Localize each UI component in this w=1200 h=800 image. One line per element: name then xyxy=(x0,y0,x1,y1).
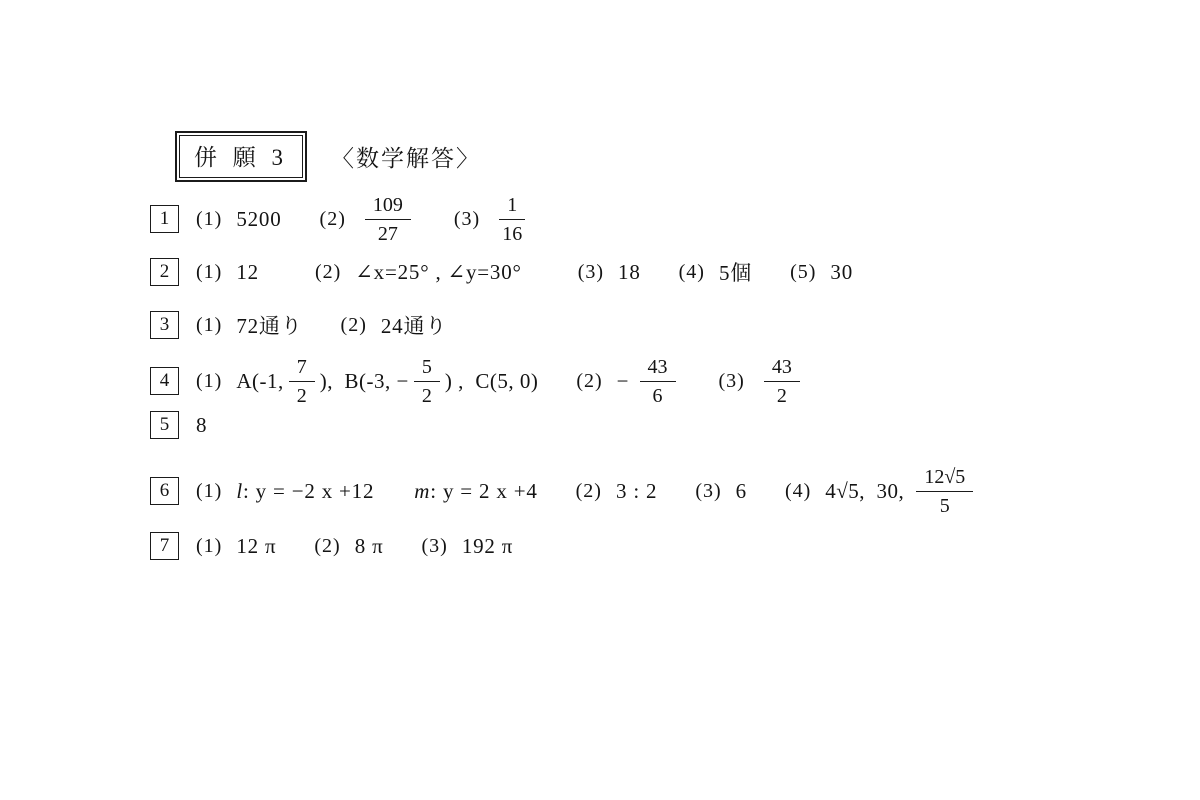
answer-label: (3) xyxy=(695,480,721,503)
answer-group: (1) 12 xyxy=(196,260,259,285)
coordinate-segment: ), B(-3, − xyxy=(320,369,409,394)
line-name-l: l xyxy=(236,479,243,504)
answer-group-coordinates: (1) A(-1, 7 2 ), B(-3, − 5 2 ) , C(5, 0) xyxy=(196,357,538,406)
fraction: 43 6 xyxy=(640,357,676,406)
answer-group: (3) 192 π xyxy=(421,534,513,559)
answer-label: (2) xyxy=(341,314,367,337)
fraction-denominator: 2 xyxy=(422,382,432,406)
fraction-denominator: 2 xyxy=(297,382,307,406)
answer-value: 12 π xyxy=(236,534,276,559)
problem-row-7: 7 (1) 12 π (2) 8 π (3) 192 π xyxy=(150,527,513,565)
answer-group: (2) 3 : 2 xyxy=(576,479,658,504)
fraction-numerator: 109 xyxy=(365,195,411,220)
answer-label: (3) xyxy=(421,535,447,558)
answer-group: (3) 6 xyxy=(695,479,747,504)
answer-group: 8 xyxy=(196,413,207,438)
answer-label: (1) xyxy=(196,480,222,503)
fraction-denominator: 27 xyxy=(378,220,398,244)
answer-group-line-equations: (1) l : y = −2 x +12 m : y = 2 x +4 xyxy=(196,479,538,504)
answer-value: 30 xyxy=(830,260,853,285)
exam-title: 併 願 3 xyxy=(179,135,303,178)
fraction-numerator: 43 xyxy=(764,357,800,382)
fraction-numerator: 12√5 xyxy=(916,467,973,492)
answer-value: 72通り xyxy=(236,310,302,340)
answer-label: (2) xyxy=(315,261,341,284)
answer-value: 24通り xyxy=(381,310,447,340)
problem-number-box: 2 xyxy=(150,258,179,286)
answer-label: (3) xyxy=(719,370,745,393)
problem-number: 6 xyxy=(160,480,170,502)
answer-label: (1) xyxy=(196,261,222,284)
fraction-numerator: 7 xyxy=(289,357,315,382)
fraction: 43 2 xyxy=(764,357,800,406)
problem-number-box: 4 xyxy=(150,367,179,395)
problem-number: 2 xyxy=(160,261,170,283)
answer-group: (1) 5200 xyxy=(196,207,282,232)
answer-label: (1) xyxy=(196,535,222,558)
fraction: 109 27 xyxy=(365,195,411,244)
problem-number: 3 xyxy=(160,314,170,336)
answer-value: 5200 xyxy=(236,207,281,232)
fraction: 12√5 5 xyxy=(916,467,973,516)
answer-value: 18 xyxy=(618,260,641,285)
answer-label: (2) xyxy=(320,208,346,231)
answer-group-radicals: (4) 4√5, 30, 12√5 5 xyxy=(785,467,978,516)
answer-group: (2) 24通り xyxy=(341,310,448,340)
answer-group: (2) 8 π xyxy=(314,534,383,559)
fraction-numerator: 5 xyxy=(414,357,440,382)
fraction: 7 2 xyxy=(289,357,315,406)
answer-group: (3) 1 16 xyxy=(454,195,530,244)
subject-heading: 〈数学解答〉 xyxy=(331,140,481,173)
problem-row-1: 1 (1) 5200 (2) 109 27 (3) 1 16 xyxy=(150,189,530,249)
fraction-denominator: 2 xyxy=(777,382,787,406)
answer-value: 192 π xyxy=(462,534,513,559)
answer-value: 5個 xyxy=(719,257,752,287)
fraction-denominator: 6 xyxy=(653,382,663,406)
coordinate-segment: ) , C(5, 0) xyxy=(445,369,539,394)
fraction: 1 16 xyxy=(499,195,525,244)
coordinate-segment: A(-1, xyxy=(236,369,283,394)
problem-number-box: 3 xyxy=(150,311,179,339)
answer-label: (1) xyxy=(196,208,222,231)
problem-number: 4 xyxy=(160,370,170,392)
fraction: 5 2 xyxy=(414,357,440,406)
answer-label: (5) xyxy=(790,261,816,284)
answer-label: (2) xyxy=(576,480,602,503)
problem-row-6: 6 (1) l : y = −2 x +12 m : y = 2 x +4 (2… xyxy=(150,460,978,522)
problem-number: 5 xyxy=(160,414,170,436)
fraction-numerator: 43 xyxy=(640,357,676,382)
problem-number-box: 7 xyxy=(150,532,179,560)
answer-group: (3) 43 2 xyxy=(719,357,805,406)
answer-group: (1) 12 π xyxy=(196,534,276,559)
answer-group: (1) 72通り xyxy=(196,310,303,340)
answer-label: (4) xyxy=(679,261,705,284)
problem-row-5: 5 8 xyxy=(150,406,207,444)
problem-row-3: 3 (1) 72通り (2) 24通り xyxy=(150,306,447,344)
problem-number-box: 6 xyxy=(150,477,179,505)
answer-label: (1) xyxy=(196,370,222,393)
answer-group: (3) 18 xyxy=(578,260,641,285)
line-name-m: m xyxy=(414,479,430,504)
answer-value: 12 xyxy=(236,260,259,285)
answer-group: (4) 5個 xyxy=(679,257,752,287)
answer-value: 8 π xyxy=(355,534,384,559)
fraction-numerator: 1 xyxy=(499,195,525,220)
header: 併 願 3 〈数学解答〉 xyxy=(175,131,481,182)
line-equation-l: : y = −2 x +12 xyxy=(243,479,374,504)
answer-group: (2) ∠x=25° , ∠y=30° xyxy=(315,260,522,285)
exam-title-box: 併 願 3 xyxy=(175,131,307,182)
answer-label: (3) xyxy=(578,261,604,284)
answer-value: 6 xyxy=(736,479,747,504)
fraction-denominator: 16 xyxy=(502,220,522,244)
problem-number-box: 5 xyxy=(150,411,179,439)
answer-label: (3) xyxy=(454,208,480,231)
answer-value: 3 : 2 xyxy=(616,479,657,504)
answer-label: (4) xyxy=(785,480,811,503)
line-equation-m: : y = 2 x +4 xyxy=(430,479,537,504)
answer-value-angles: ∠x=25° , ∠y=30° xyxy=(355,260,521,285)
answer-value: 8 xyxy=(196,413,207,438)
answer-label: (2) xyxy=(314,535,340,558)
radical-segment: 4√5, 30, xyxy=(825,479,904,504)
answer-group: (5) 30 xyxy=(790,260,853,285)
problem-number: 1 xyxy=(160,208,170,230)
answer-sheet-page: 併 願 3 〈数学解答〉 1 (1) 5200 (2) 109 27 (3) 1… xyxy=(0,0,1200,800)
answer-group: (2) 109 27 xyxy=(320,195,416,244)
problem-number-box: 1 xyxy=(150,205,179,233)
problem-number: 7 xyxy=(160,535,170,557)
answer-group: (2) − 43 6 xyxy=(576,357,680,406)
answer-label: (1) xyxy=(196,314,222,337)
answer-label: (2) xyxy=(576,370,602,393)
problem-row-2: 2 (1) 12 (2) ∠x=25° , ∠y=30° (3) 18 (4) … xyxy=(150,253,853,291)
fraction-denominator: 5 xyxy=(940,492,950,516)
minus-sign: − xyxy=(617,369,629,394)
problem-row-4: 4 (1) A(-1, 7 2 ), B(-3, − 5 2 ) , C(5, … xyxy=(150,350,805,412)
